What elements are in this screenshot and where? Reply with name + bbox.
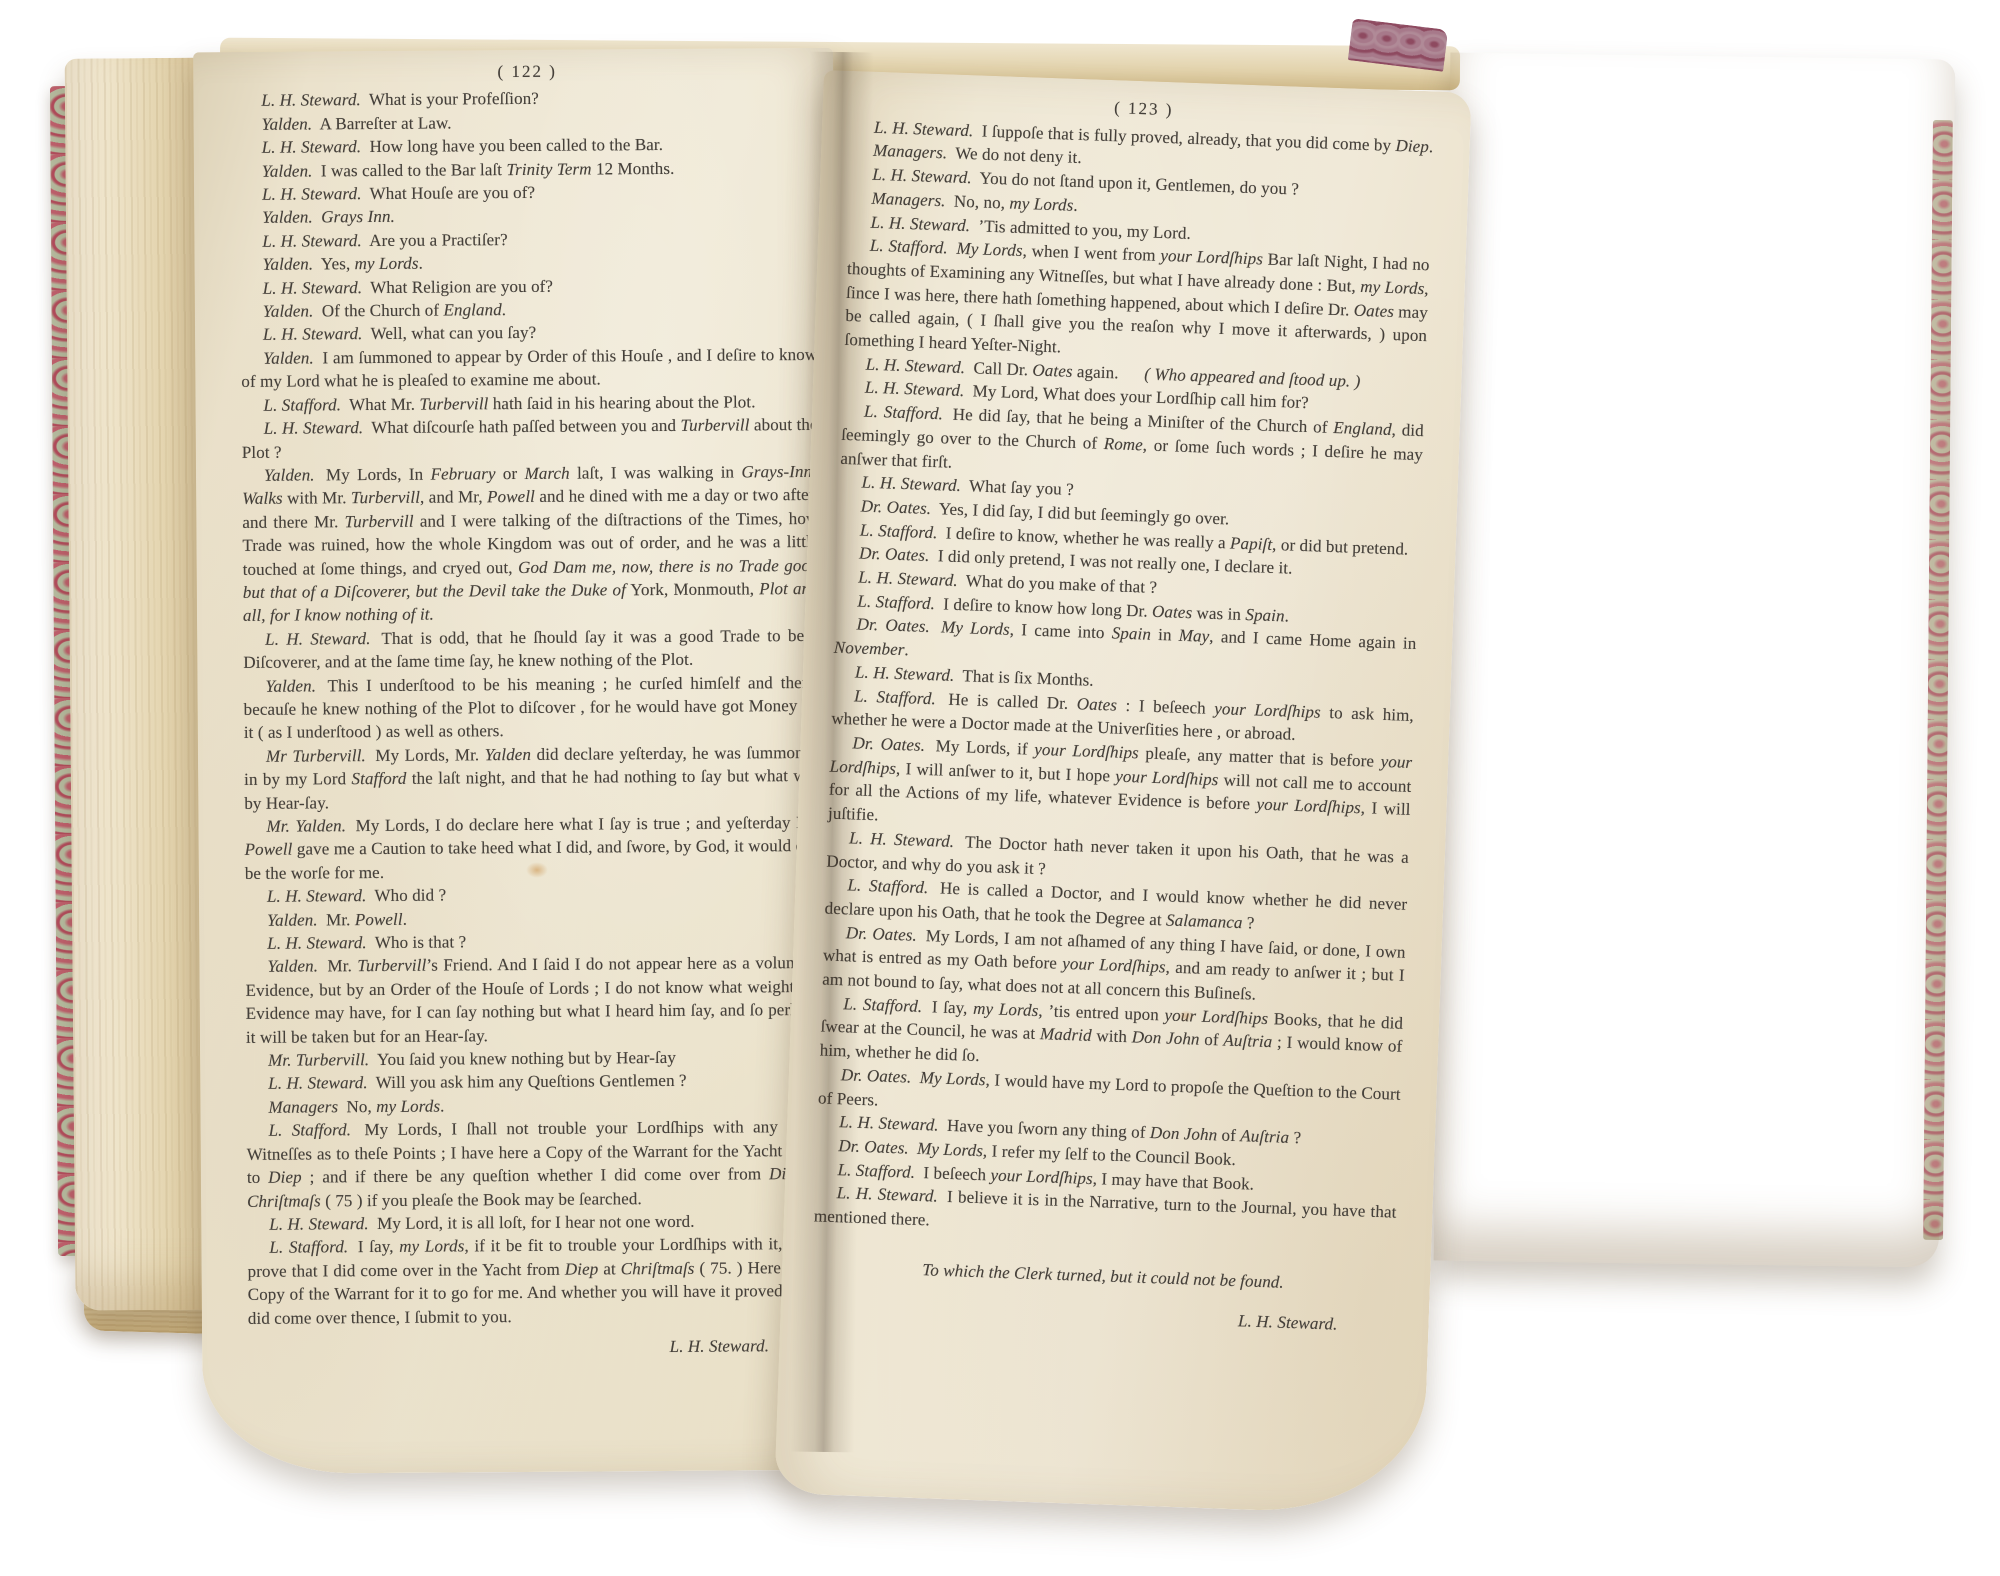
speaker-name: L. Stafford. [870, 236, 949, 258]
right-fore-edge-stack [1434, 53, 1956, 1268]
speaker-name: L. H. Steward. [262, 137, 362, 157]
speaker-name: L. H. Steward. [839, 1112, 939, 1134]
left-page: ( 122 ) L. H. Steward. What is your Prof… [193, 48, 843, 1474]
speaker-name: L. H. Steward. [264, 418, 364, 438]
speaker-name: L. H. Steward. [872, 165, 972, 187]
left-page-dialogue: L. H. Steward. What is your Profeſſion?Y… [239, 85, 824, 1330]
right-page: ( 123 ) L. H. Steward. I ſuppoſe that is… [774, 70, 1471, 1516]
speaker-name: L. Stafford. [864, 402, 944, 424]
speaker-name: L. Stafford. [860, 520, 938, 542]
speaker-name: L. Stafford. [837, 1160, 915, 1182]
speaker-name: L. H. Steward. [865, 354, 965, 376]
dialogue-entry: L. Stafford. I ſay, my Lords, if it be f… [247, 1232, 824, 1330]
speaker-name: L. H. Steward. [858, 568, 958, 590]
speaker-name: L. Stafford. [843, 994, 922, 1016]
speaker-name: Dr. Oates. [841, 1065, 912, 1086]
speaker-name: Yalden. [263, 348, 314, 367]
speaker-name: L. H. Steward. [262, 184, 362, 204]
speaker-name: Yalden. [261, 114, 312, 133]
speaker-name: L. H. Steward. [267, 933, 367, 953]
speaker-name: Yalden. [267, 957, 318, 976]
speaker-name: Yalden. [262, 208, 313, 227]
speaker-name: L. Stafford. [269, 1238, 348, 1258]
dialogue-entry: L. H. Steward. What diſcourſe hath paſſe… [242, 413, 818, 464]
speaker-name: Yalden. [262, 255, 313, 274]
speaker-name: L. H. Steward. [865, 378, 965, 400]
speaker-name: Yalden. [265, 676, 316, 695]
speaker-name: Yalden. [262, 161, 313, 180]
speaker-name: L. H. Steward. [267, 886, 367, 906]
dialogue-entry: Mr Turbervill. My Lords, Mr. Yalden did … [244, 741, 820, 815]
speaker-name: L. H. Steward. [849, 828, 955, 851]
speaker-name: Dr. Oates. [860, 497, 931, 518]
page-number-left: ( 122 ) [239, 58, 815, 85]
speaker-name: Dr. Oates. [856, 615, 930, 637]
dialogue-entry: Yalden. Mr. Turbervill’s Friend. And I ſ… [245, 951, 822, 1049]
speaker-name: L. H. Steward. [269, 1214, 369, 1234]
catchword-left: L. H. Steward. [248, 1334, 824, 1361]
right-page-text: ( 123 ) L. H. Steward. I ſuppoſe that is… [774, 70, 1471, 1516]
speaker-name: L. H. Steward. [261, 90, 361, 110]
speaker-name: L. H. Steward. [262, 231, 362, 251]
speaker-name: L. H. Steward. [874, 117, 974, 139]
speaker-name: L. Stafford. [263, 395, 341, 415]
dialogue-entry: Mr. Yalden. My Lords, I do declare here … [244, 811, 820, 885]
right-page-dialogue: L. H. Steward. I ſuppoſe that is fully p… [814, 115, 1435, 1249]
catchword-right: L. H. Steward. [810, 1295, 1392, 1339]
dialogue-entry: L. Stafford. My Lords, I ſhall not troub… [246, 1115, 823, 1213]
speaker-name: L. H. Steward. [861, 473, 961, 495]
dialogue-entry: Yalden. This I underſtood to be his mean… [243, 670, 819, 744]
left-page-text: ( 122 ) L. H. Steward. What is your Prof… [193, 48, 843, 1474]
speaker-name: Mr. Yalden. [266, 816, 346, 836]
speaker-name: Mr. Turbervill. [268, 1050, 369, 1070]
speaker-name: Managers [268, 1097, 338, 1116]
dialogue-entry: Yalden. My Lords, In February or March l… [242, 460, 819, 628]
speaker-name: L. H. Steward. [268, 1074, 368, 1094]
speaker-name: L. H. Steward. [263, 278, 363, 298]
stage-direction: To which the Clerk turned, but it could … [812, 1254, 1394, 1298]
speaker-name: L. H. Steward. [870, 212, 970, 234]
speaker-name: L. H. Steward. [836, 1183, 938, 1206]
speaker-name: L. H. Steward. [263, 325, 363, 345]
speaker-name: Dr. Oates. [859, 544, 930, 565]
speaker-name: L. Stafford. [854, 686, 936, 708]
speaker-name: Managers. [871, 189, 946, 211]
speaker-name: L. H. Steward. [265, 629, 371, 649]
speaker-name: Yalden. [264, 465, 315, 484]
speaker-name: Yalden. [267, 910, 318, 929]
speaker-name: L. Stafford. [847, 876, 928, 898]
speaker-name: Yalden. [263, 301, 314, 320]
speaker-name: Managers. [873, 141, 948, 163]
speaker-name: Mr Turbervill. [266, 746, 366, 766]
book-photograph: ( 122 ) L. H. Steward. What is your Prof… [0, 0, 2000, 1576]
speaker-name: Dr. Oates. [846, 923, 918, 944]
speaker-name: L. Stafford. [857, 591, 935, 613]
dialogue-entry: L. Stafford. My Lords, when I went from … [844, 233, 1430, 372]
dialogue-entry: L. H. Steward. That is odd, that he ſhou… [243, 624, 819, 675]
dialogue-entry: Yalden. I am ſummoned to appear by Order… [241, 343, 817, 394]
speaker-name: L. Stafford. [269, 1120, 352, 1140]
speaker-name: Dr. Oates. [852, 733, 925, 755]
speaker-name: L. H. Steward. [855, 662, 955, 684]
speaker-name: Dr. Oates. [838, 1136, 909, 1157]
